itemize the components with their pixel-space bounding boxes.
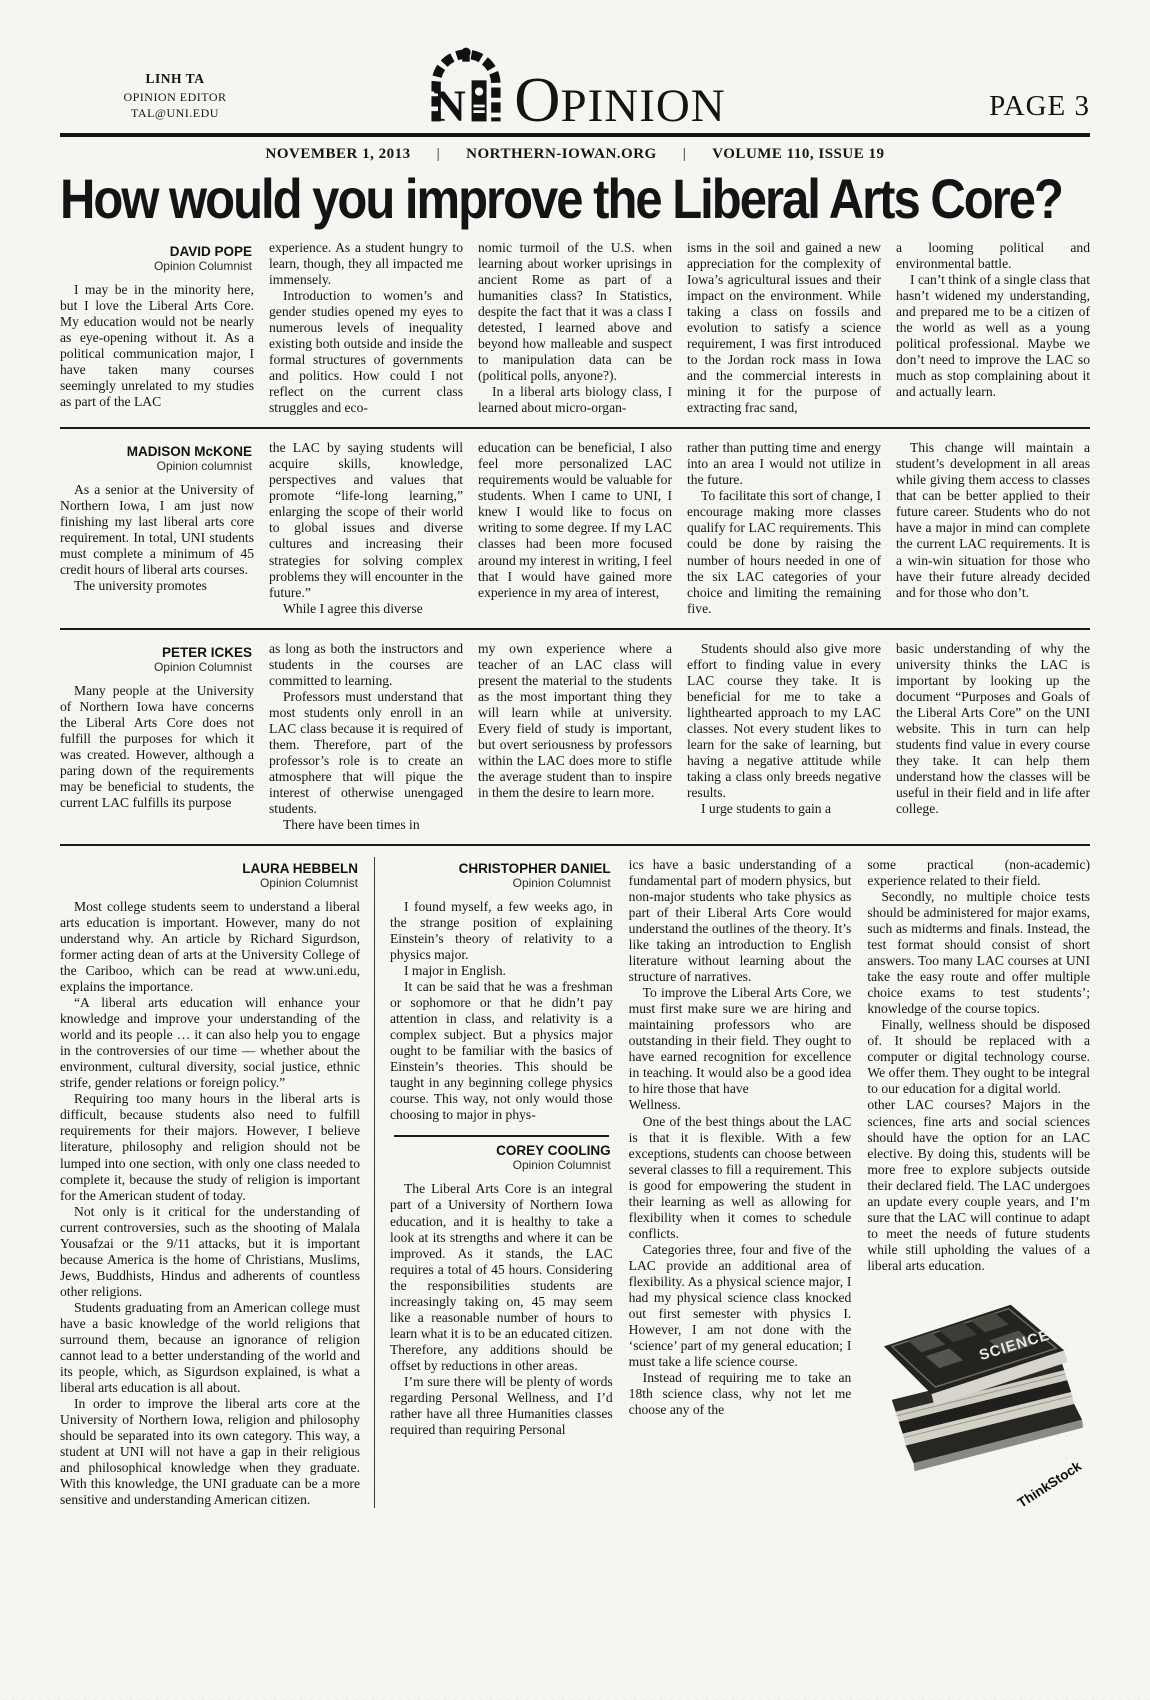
byline-name: MADISON McKONE — [60, 444, 252, 459]
paragraph: The university promotes — [60, 578, 254, 594]
article-column: nomic turmoil of the U.S. when learning … — [478, 240, 672, 416]
column-text: Many people at the University of Norther… — [60, 683, 254, 811]
paragraph: I urge students to gain a — [687, 801, 881, 817]
article-column: a looming political and environmental ba… — [896, 240, 1090, 416]
masthead: LINH TA OPINION EDITOR TAL@UNI.EDU N OPI… — [0, 0, 1150, 131]
column-text: Wellness.One of the best things about th… — [629, 1097, 852, 1418]
byline-role: Opinion columnist — [60, 459, 252, 473]
paragraph: I may be in the minority here, but I lov… — [60, 282, 254, 410]
article-column: PETER ICKES Opinion Columnist Many peopl… — [60, 641, 254, 833]
paragraph: It can be said that he was a freshman or… — [390, 979, 613, 1123]
byline-name: PETER ICKES — [60, 645, 252, 660]
byline-daniel: CHRISTOPHER DANIEL Opinion Columnist — [390, 861, 611, 890]
bottom-section: LAURA HEBBELN Opinion Columnist Most col… — [60, 857, 1090, 1508]
paragraph: There have been times in — [269, 817, 463, 833]
column-text: Most college students seem to understand… — [60, 899, 360, 1508]
column-text: I found myself, a few weeks ago, in the … — [390, 899, 613, 1123]
bottom-right-section: CHRISTOPHER DANIEL Opinion Columnist I f… — [375, 857, 1090, 1508]
article-column: rather than putting time and energy into… — [687, 440, 881, 616]
paragraph: nomic turmoil of the U.S. when learning … — [478, 240, 672, 384]
byline-role: Opinion Columnist — [60, 876, 358, 890]
editor-role: OPINION EDITOR — [60, 89, 290, 105]
column-text: some practical (non-academic) experience… — [867, 857, 1090, 1097]
byline-role: Opinion Columnist — [60, 259, 252, 273]
paragraph: Students graduating from an American col… — [60, 1300, 360, 1396]
section-logo: N OPINION — [290, 46, 860, 131]
column-text: I may be in the minority here, but I lov… — [60, 282, 254, 410]
article-column: the LAC by saying students will acquire … — [269, 440, 463, 616]
paragraph: To improve the Liberal Arts Core, we mus… — [629, 985, 852, 1097]
article-column: experience. As a student hungry to learn… — [269, 240, 463, 416]
article-column: CHRISTOPHER DANIEL Opinion Columnist I f… — [390, 857, 613, 1508]
article-column: This change will maintain a student’s de… — [896, 440, 1090, 616]
dateline-issue: VOLUME 110, ISSUE 19 — [712, 146, 884, 163]
column-text: other LAC courses? Majors in the science… — [867, 1097, 1090, 1273]
byline-name: DAVID POPE — [60, 244, 252, 259]
article-pope: DAVID POPE Opinion Columnist I may be in… — [60, 240, 1090, 416]
paragraph: Many people at the University of Norther… — [60, 683, 254, 811]
paragraph: as long as both the instructors and stud… — [269, 641, 463, 689]
paragraph: The Liberal Arts Core is an integral par… — [390, 1181, 613, 1373]
section-divider — [60, 844, 1090, 846]
paragraph: One of the best things about the LAC is … — [629, 1114, 852, 1242]
article-column: some practical (non-academic) experience… — [867, 857, 1090, 1508]
page-number: PAGE 3 — [860, 90, 1090, 131]
article-column: isms in the soil and gained a new apprec… — [687, 240, 881, 416]
paragraph: Students should also give more effort to… — [687, 641, 881, 801]
editor-email: TAL@UNI.EDU — [60, 105, 290, 121]
paragraph: Not only is it critical for the understa… — [60, 1204, 360, 1300]
article-column: MADISON McKONE Opinion columnist As a se… — [60, 440, 254, 616]
byline-name: COREY COOLING — [390, 1143, 611, 1158]
byline-mckone: MADISON McKONE Opinion columnist — [60, 444, 252, 473]
paragraph: Introduction to women’s and gender studi… — [269, 288, 463, 416]
byline-pope: DAVID POPE Opinion Columnist — [60, 244, 252, 273]
paragraph: Finally, wellness should be disposed of.… — [867, 1017, 1090, 1097]
paragraph: Instead of requiring me to take an 18th … — [629, 1370, 852, 1418]
article-column: DAVID POPE Opinion Columnist I may be in… — [60, 240, 254, 416]
article-column: Students should also give more effort to… — [687, 641, 881, 833]
article-column: ics have a basic understanding of a fund… — [629, 857, 852, 1508]
paragraph: a looming political and environmental ba… — [896, 240, 1090, 272]
byline-role: Opinion Columnist — [390, 876, 611, 890]
column-text: The Liberal Arts Core is an integral par… — [390, 1181, 613, 1438]
dateline-separator: | — [683, 146, 687, 163]
paragraph: “A liberal arts education will enhance y… — [60, 995, 360, 1091]
book-stack-illustration: SCIENCE — [870, 1288, 1088, 1488]
byline-role: Opinion Columnist — [60, 660, 252, 674]
byline-name: LAURA HEBBELN — [60, 861, 358, 876]
paragraph: Secondly, no multiple choice tests shoul… — [867, 889, 1090, 1017]
byline-name: CHRISTOPHER DANIEL — [390, 861, 611, 876]
article-column: education can be beneficial, I also feel… — [478, 440, 672, 616]
byline-ickes: PETER ICKES Opinion Columnist — [60, 645, 252, 674]
column-text: ics have a basic understanding of a fund… — [629, 857, 852, 1097]
article-column: basic understanding of why the universit… — [896, 641, 1090, 833]
dateline-separator: | — [437, 146, 441, 163]
paragraph: other LAC courses? Majors in the science… — [867, 1097, 1090, 1273]
section-divider — [60, 427, 1090, 429]
article-column: as long as both the instructors and stud… — [269, 641, 463, 833]
paragraph: I can’t think of a single class that has… — [896, 272, 1090, 400]
editor-info: LINH TA OPINION EDITOR TAL@UNI.EDU — [60, 70, 290, 131]
paragraph: I found myself, a few weeks ago, in the … — [390, 899, 613, 963]
article-ickes: PETER ICKES Opinion Columnist Many peopl… — [60, 641, 1090, 833]
article-hebbeln: LAURA HEBBELN Opinion Columnist Most col… — [60, 857, 374, 1508]
paragraph: In order to improve the liberal arts cor… — [60, 1396, 360, 1508]
paragraph: Wellness. — [629, 1097, 852, 1113]
article-mckone: MADISON McKONE Opinion columnist As a se… — [60, 440, 1090, 616]
column-text: As a senior at the University of Norther… — [60, 482, 254, 594]
paragraph: the LAC by saying students will acquire … — [269, 440, 463, 600]
paragraph: isms in the soil and gained a new apprec… — [687, 240, 881, 416]
paragraph: In a liberal arts biology class, I learn… — [478, 384, 672, 416]
paragraph: This change will maintain a student’s de… — [896, 440, 1090, 600]
dateline: NOVEMBER 1, 2013 | NORTHERN-IOWAN.ORG | … — [0, 137, 1150, 167]
dateline-site: NORTHERN-IOWAN.ORG — [466, 146, 657, 163]
paragraph: I major in English. — [390, 963, 613, 979]
dateline-date: NOVEMBER 1, 2013 — [266, 146, 411, 163]
page-headline: How would you improve the Liberal Arts C… — [60, 171, 1090, 229]
paragraph: Most college students seem to understand… — [60, 899, 360, 995]
paragraph: rather than putting time and energy into… — [687, 440, 881, 488]
books-image: SCIENCE ThinkStock — [867, 1288, 1090, 1498]
paragraph: Categories three, four and five of the L… — [629, 1242, 852, 1370]
paragraph: basic understanding of why the universit… — [896, 641, 1090, 817]
paragraph: I’m sure there will be plenty of words r… — [390, 1374, 613, 1438]
paragraph: While I agree this diverse — [269, 601, 463, 617]
newspaper-page: LINH TA OPINION EDITOR TAL@UNI.EDU N OPI… — [0, 0, 1150, 1700]
paragraph: Professors must understand that most stu… — [269, 689, 463, 817]
paragraph: ics have a basic understanding of a fund… — [629, 857, 852, 985]
section-divider — [60, 628, 1090, 630]
byline-role: Opinion Columnist — [390, 1158, 611, 1172]
paragraph: education can be beneficial, I also feel… — [478, 440, 672, 600]
article-divider — [394, 1135, 609, 1137]
editor-name: LINH TA — [60, 70, 290, 88]
article-column: my own experience where a teacher of an … — [478, 641, 672, 833]
paragraph: experience. As a student hungry to learn… — [269, 240, 463, 288]
byline-cooling: COREY COOLING Opinion Columnist — [390, 1143, 611, 1172]
svg-text:N: N — [434, 80, 466, 124]
paragraph: Requiring too many hours in the liberal … — [60, 1091, 360, 1203]
byline-hebbeln: LAURA HEBBELN Opinion Columnist — [60, 861, 358, 890]
paragraph: my own experience where a teacher of an … — [478, 641, 672, 801]
paragraph: To facilitate this sort of change, I enc… — [687, 488, 881, 616]
ni-arch-icon: N — [424, 46, 508, 129]
section-title: OPINION — [514, 71, 726, 129]
paragraph: As a senior at the University of Norther… — [60, 482, 254, 578]
paragraph: some practical (non-academic) experience… — [867, 857, 1090, 889]
